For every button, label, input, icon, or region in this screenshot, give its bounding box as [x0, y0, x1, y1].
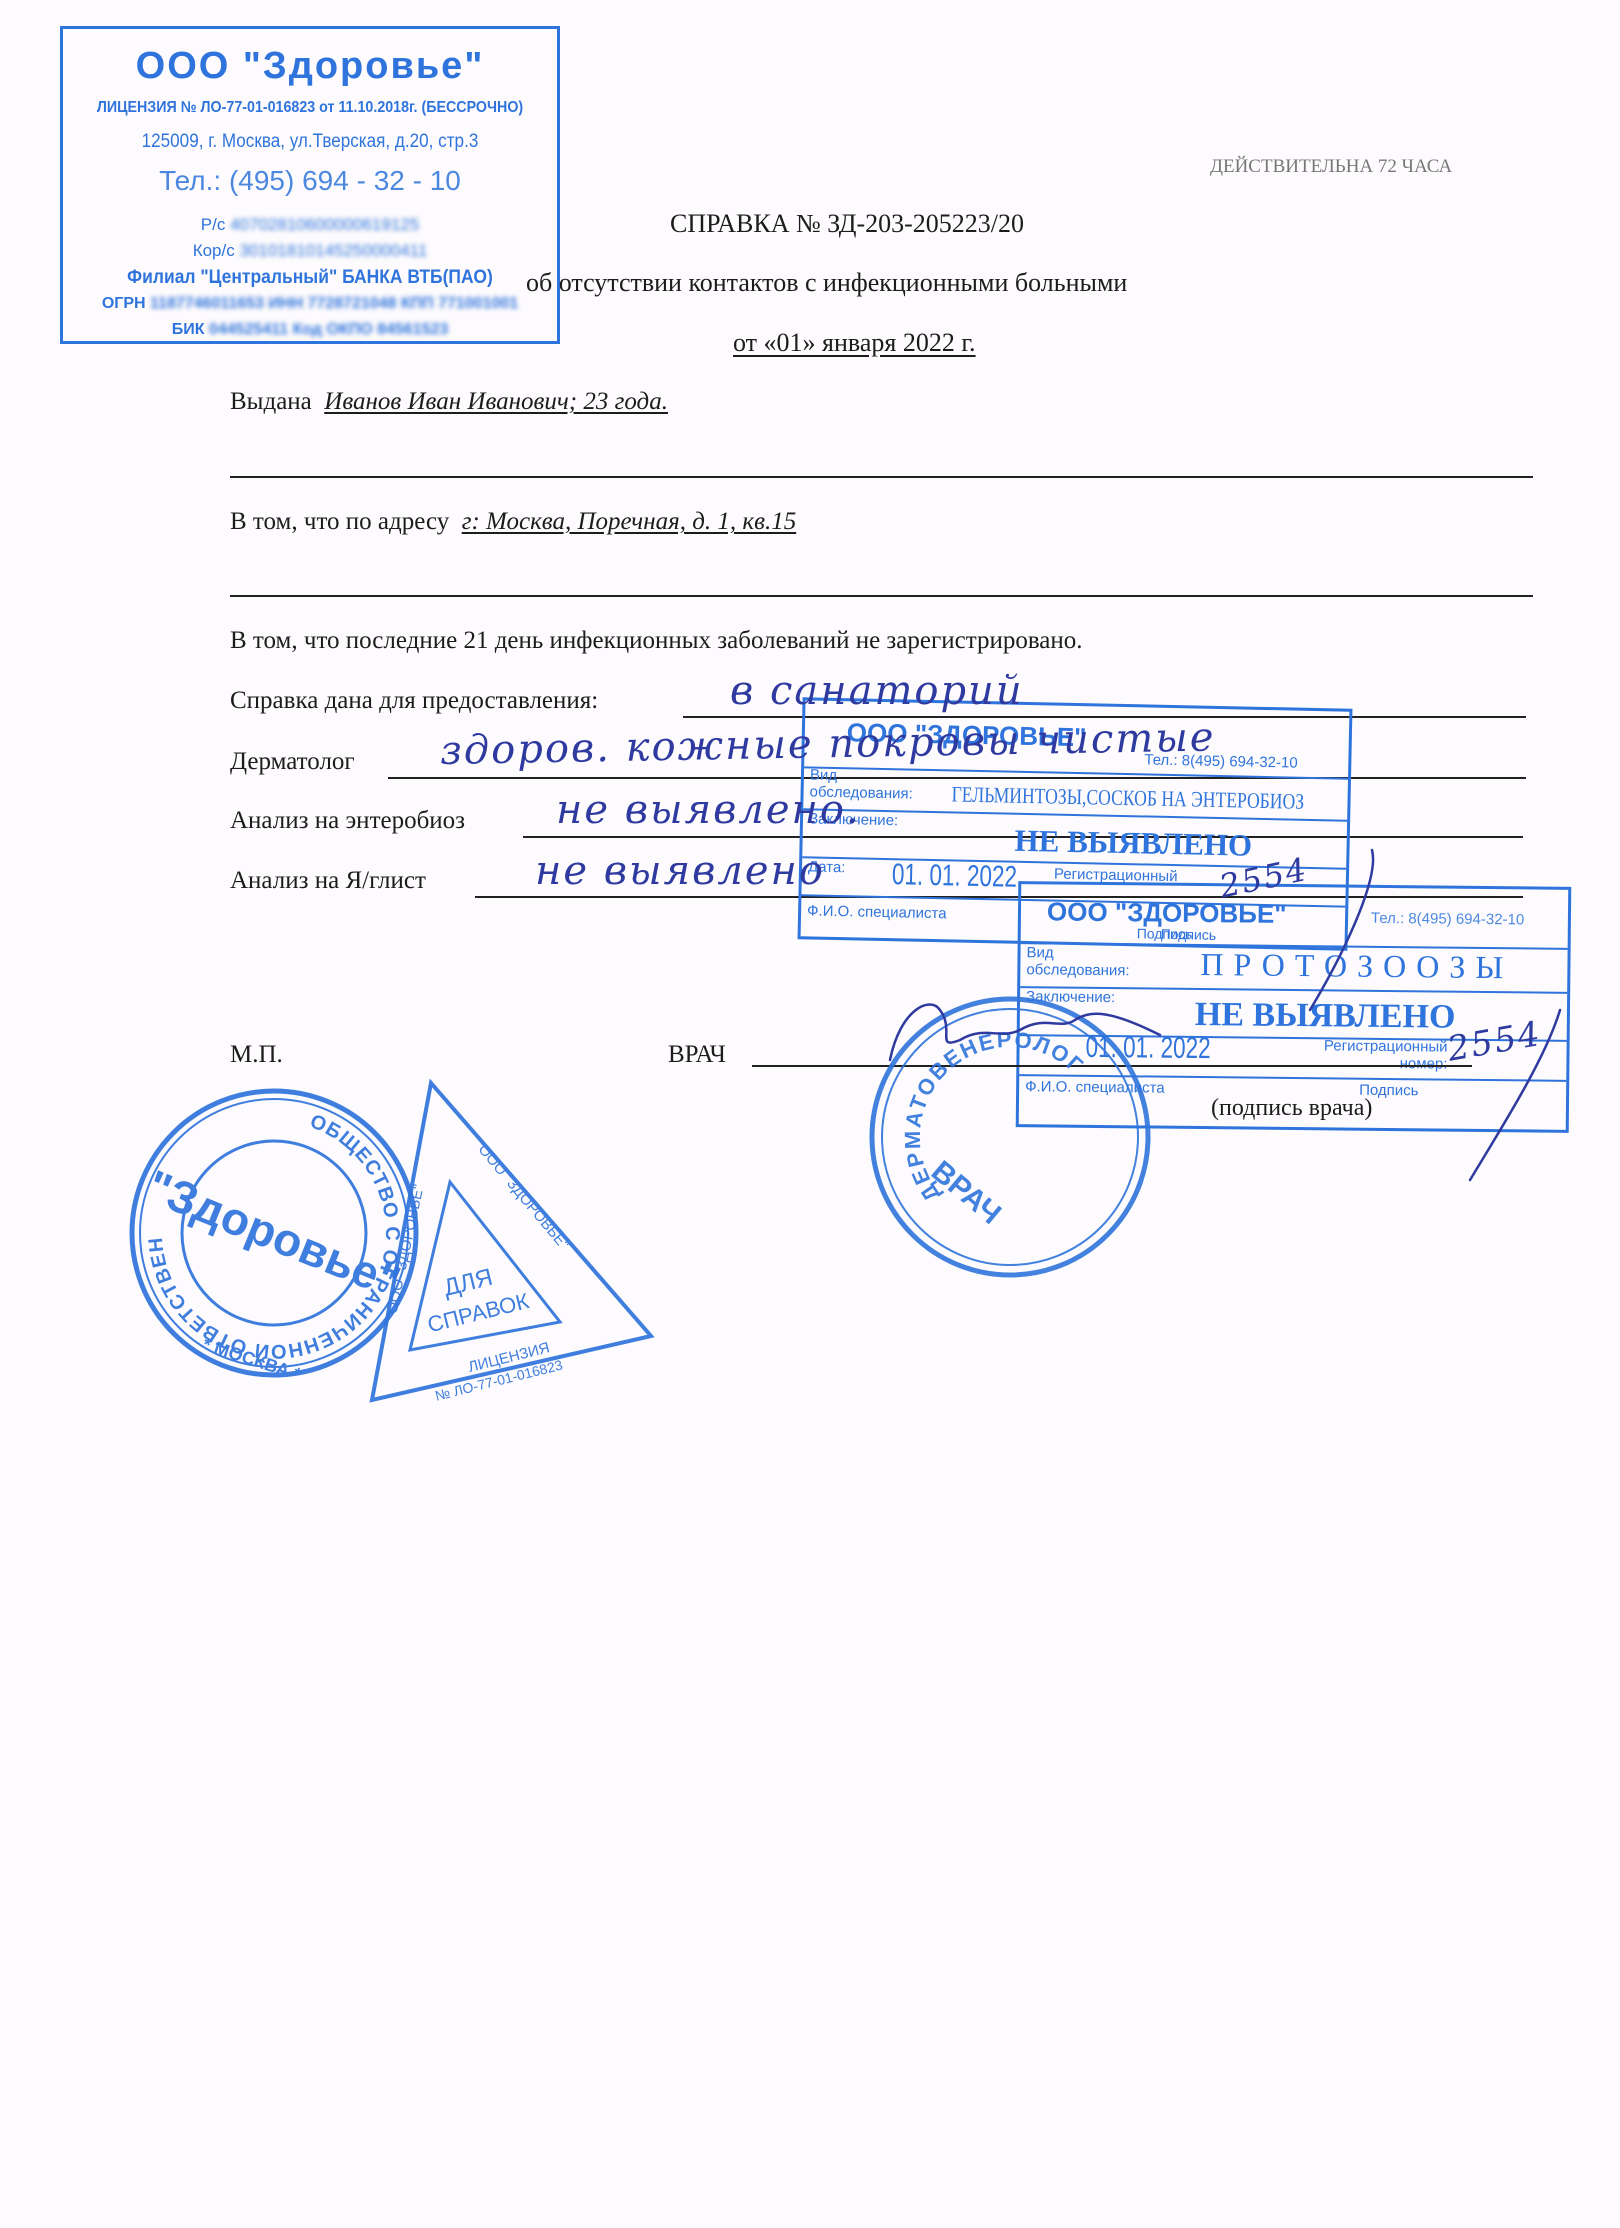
stamp-ogrn-label: ОГРН: [102, 295, 146, 312]
lab1-date-value: 01. 01. 2022: [892, 858, 1018, 895]
issued-row: Выдана Иванов Иван Иванович; 23 года.: [230, 389, 668, 414]
doctor-sign-rule: [752, 1065, 1472, 1067]
document-subtitle: об отсутствии контактов с инфекционными …: [526, 270, 1127, 296]
statement-text: В том, что последние 21 день инфекционны…: [230, 628, 1083, 653]
lab2-exam-value: ПРОТОЗООЗЫ: [1200, 946, 1513, 986]
issued-rule: [230, 476, 1533, 478]
triangle-right-text: ООО "ЗДОРОВЬЕ": [475, 1141, 573, 1253]
lab2-reg-label-1: Регистрационный: [1258, 1037, 1448, 1056]
lab1-fio-label: Ф.И.О. специалиста: [807, 902, 947, 922]
address-value: г: Москва, Поречная, д. 1, кв.15: [462, 508, 797, 535]
round-seal-center: "Здоровье": [140, 1160, 408, 1309]
stamp-rs-value: 40702810600000619125: [230, 215, 419, 234]
validity-note: ДЕЙСТВИТЕЛЬНА 72 ЧАСА: [1210, 156, 1452, 178]
triangle-center-2: СПРАВОК: [425, 1288, 532, 1337]
stamp-ks-label: Кор/с: [193, 241, 235, 260]
stamp-address: 125009, г. Москва, ул.Тверская, д.20, ст…: [88, 131, 533, 153]
address-label: В том, что по адресу: [230, 508, 449, 535]
address-row: В том, что по адресу г: Москва, Поречная…: [230, 509, 796, 534]
stamp-ks: Кор/с 30101810145250000411: [63, 241, 557, 261]
handwritten-enterobiosis: не выявлено.: [556, 787, 861, 833]
stamp-org-name: ООО "Здоровье": [63, 45, 557, 88]
stamp-license: ЛИЦЕНЗИЯ № ЛО-77-01-016823 от 11.10.2018…: [83, 99, 537, 117]
enterobiosis-label: Анализ на энтеробиоз: [230, 808, 465, 833]
stamp-bik: БИК 044525411 Код ОКПО 84561523: [63, 321, 557, 339]
lab2-phone: Тел.: 8(495) 694-32-10: [1371, 910, 1525, 929]
address-rule: [230, 595, 1533, 597]
triangle-bottom-2: № ЛО-77-01-016823: [433, 1357, 564, 1404]
triangle-center-1: ДЛЯ: [441, 1264, 495, 1302]
issued-label: Выдана: [230, 388, 312, 415]
lab2-fio-label: Ф.И.О. специалиста: [1025, 1078, 1165, 1096]
purpose-label: Справка дана для предоставления:: [230, 688, 598, 713]
doctor-stamp-center: ВРАЧ: [925, 1155, 1007, 1231]
lab2-exam-label-2: обследования:: [1026, 961, 1129, 979]
stamp-bik-value: 044525411 Код ОКПО 84561523: [209, 321, 448, 338]
lab2-exam-label: Вид обследования:: [1026, 944, 1130, 979]
triangle-left-text: ООО "ЗДОРОВЬЕ": [384, 1183, 428, 1316]
stamp-ks-value: 30101810145250000411: [239, 241, 427, 260]
lab2-reg-label: Регистрационный номер:: [1257, 1037, 1447, 1073]
stamp-ogrn-value: 1187746011653 ИНН 7728721048 КПП 7710010…: [150, 295, 518, 312]
lab1-exam-label-1: Вид: [810, 766, 914, 785]
stamp-phone: Тел.: (495) 694 - 32 - 10: [63, 165, 557, 197]
document-title: СПРАВКА № ЗД-203-205223/20: [670, 211, 1024, 237]
stamp-bank: Филиал "Центральный" БАНКА ВТБ(ПАО): [83, 267, 537, 289]
lab2-date-value: 01. 01. 2022: [1085, 1031, 1210, 1066]
doctor-sign-caption: (подпись врача): [1211, 1096, 1372, 1120]
lab1-conclusion-value: НЕ ВЫЯВЛЕНО: [1014, 823, 1252, 864]
issued-value: Иванов Иван Иванович; 23 года.: [324, 388, 668, 415]
triangle-bottom-1: ЛИЦЕНЗИЯ: [466, 1339, 551, 1376]
lab1-exam-value: ГЕЛЬМИНТОЗЫ,СОСКОБ НА ЭНТЕРОБИОЗ: [951, 781, 1304, 814]
stamp-bik-label: БИК: [172, 321, 205, 338]
handwritten-helminth: не выявлено: [535, 848, 825, 894]
helminth-label: Анализ на Я/глист: [230, 868, 426, 893]
stamp-rs-label: Р/с: [201, 215, 226, 234]
lab2-reg-label-2: номер:: [1257, 1054, 1447, 1073]
lab2-conclusion-value: НЕ ВЫЯВЛЕНО: [1195, 996, 1456, 1037]
lab2-exam-label-1: Вид: [1026, 944, 1129, 962]
stamp-ogrn: ОГРН 1187746011653 ИНН 7728721048 КПП 77…: [63, 295, 557, 313]
lab2-sign-top: Подпись: [1137, 925, 1193, 942]
doctor-label: ВРАЧ: [668, 1042, 726, 1067]
triangle-stamp: ДЛЯ СПРАВОК ООО "ЗДОРОВЬЕ" ООО "ЗДОРОВЬЕ…: [372, 1083, 651, 1404]
handwritten-purpose: в санаторий: [730, 668, 1024, 714]
seal-place-label: М.П.: [230, 1042, 283, 1067]
organization-stamp: ООО "Здоровье" ЛИЦЕНЗИЯ № ЛО-77-01-01682…: [60, 26, 560, 344]
lab2-conclusion-label: Заключение:: [1026, 988, 1115, 1006]
stamp-rs: Р/с 40702810600000619125: [63, 215, 557, 235]
document-date: от «01» января 2022 г.: [733, 330, 976, 356]
round-seal-bottom: * МОСКВА *: [200, 1334, 303, 1385]
dermatologist-label: Дерматолог: [230, 749, 355, 774]
